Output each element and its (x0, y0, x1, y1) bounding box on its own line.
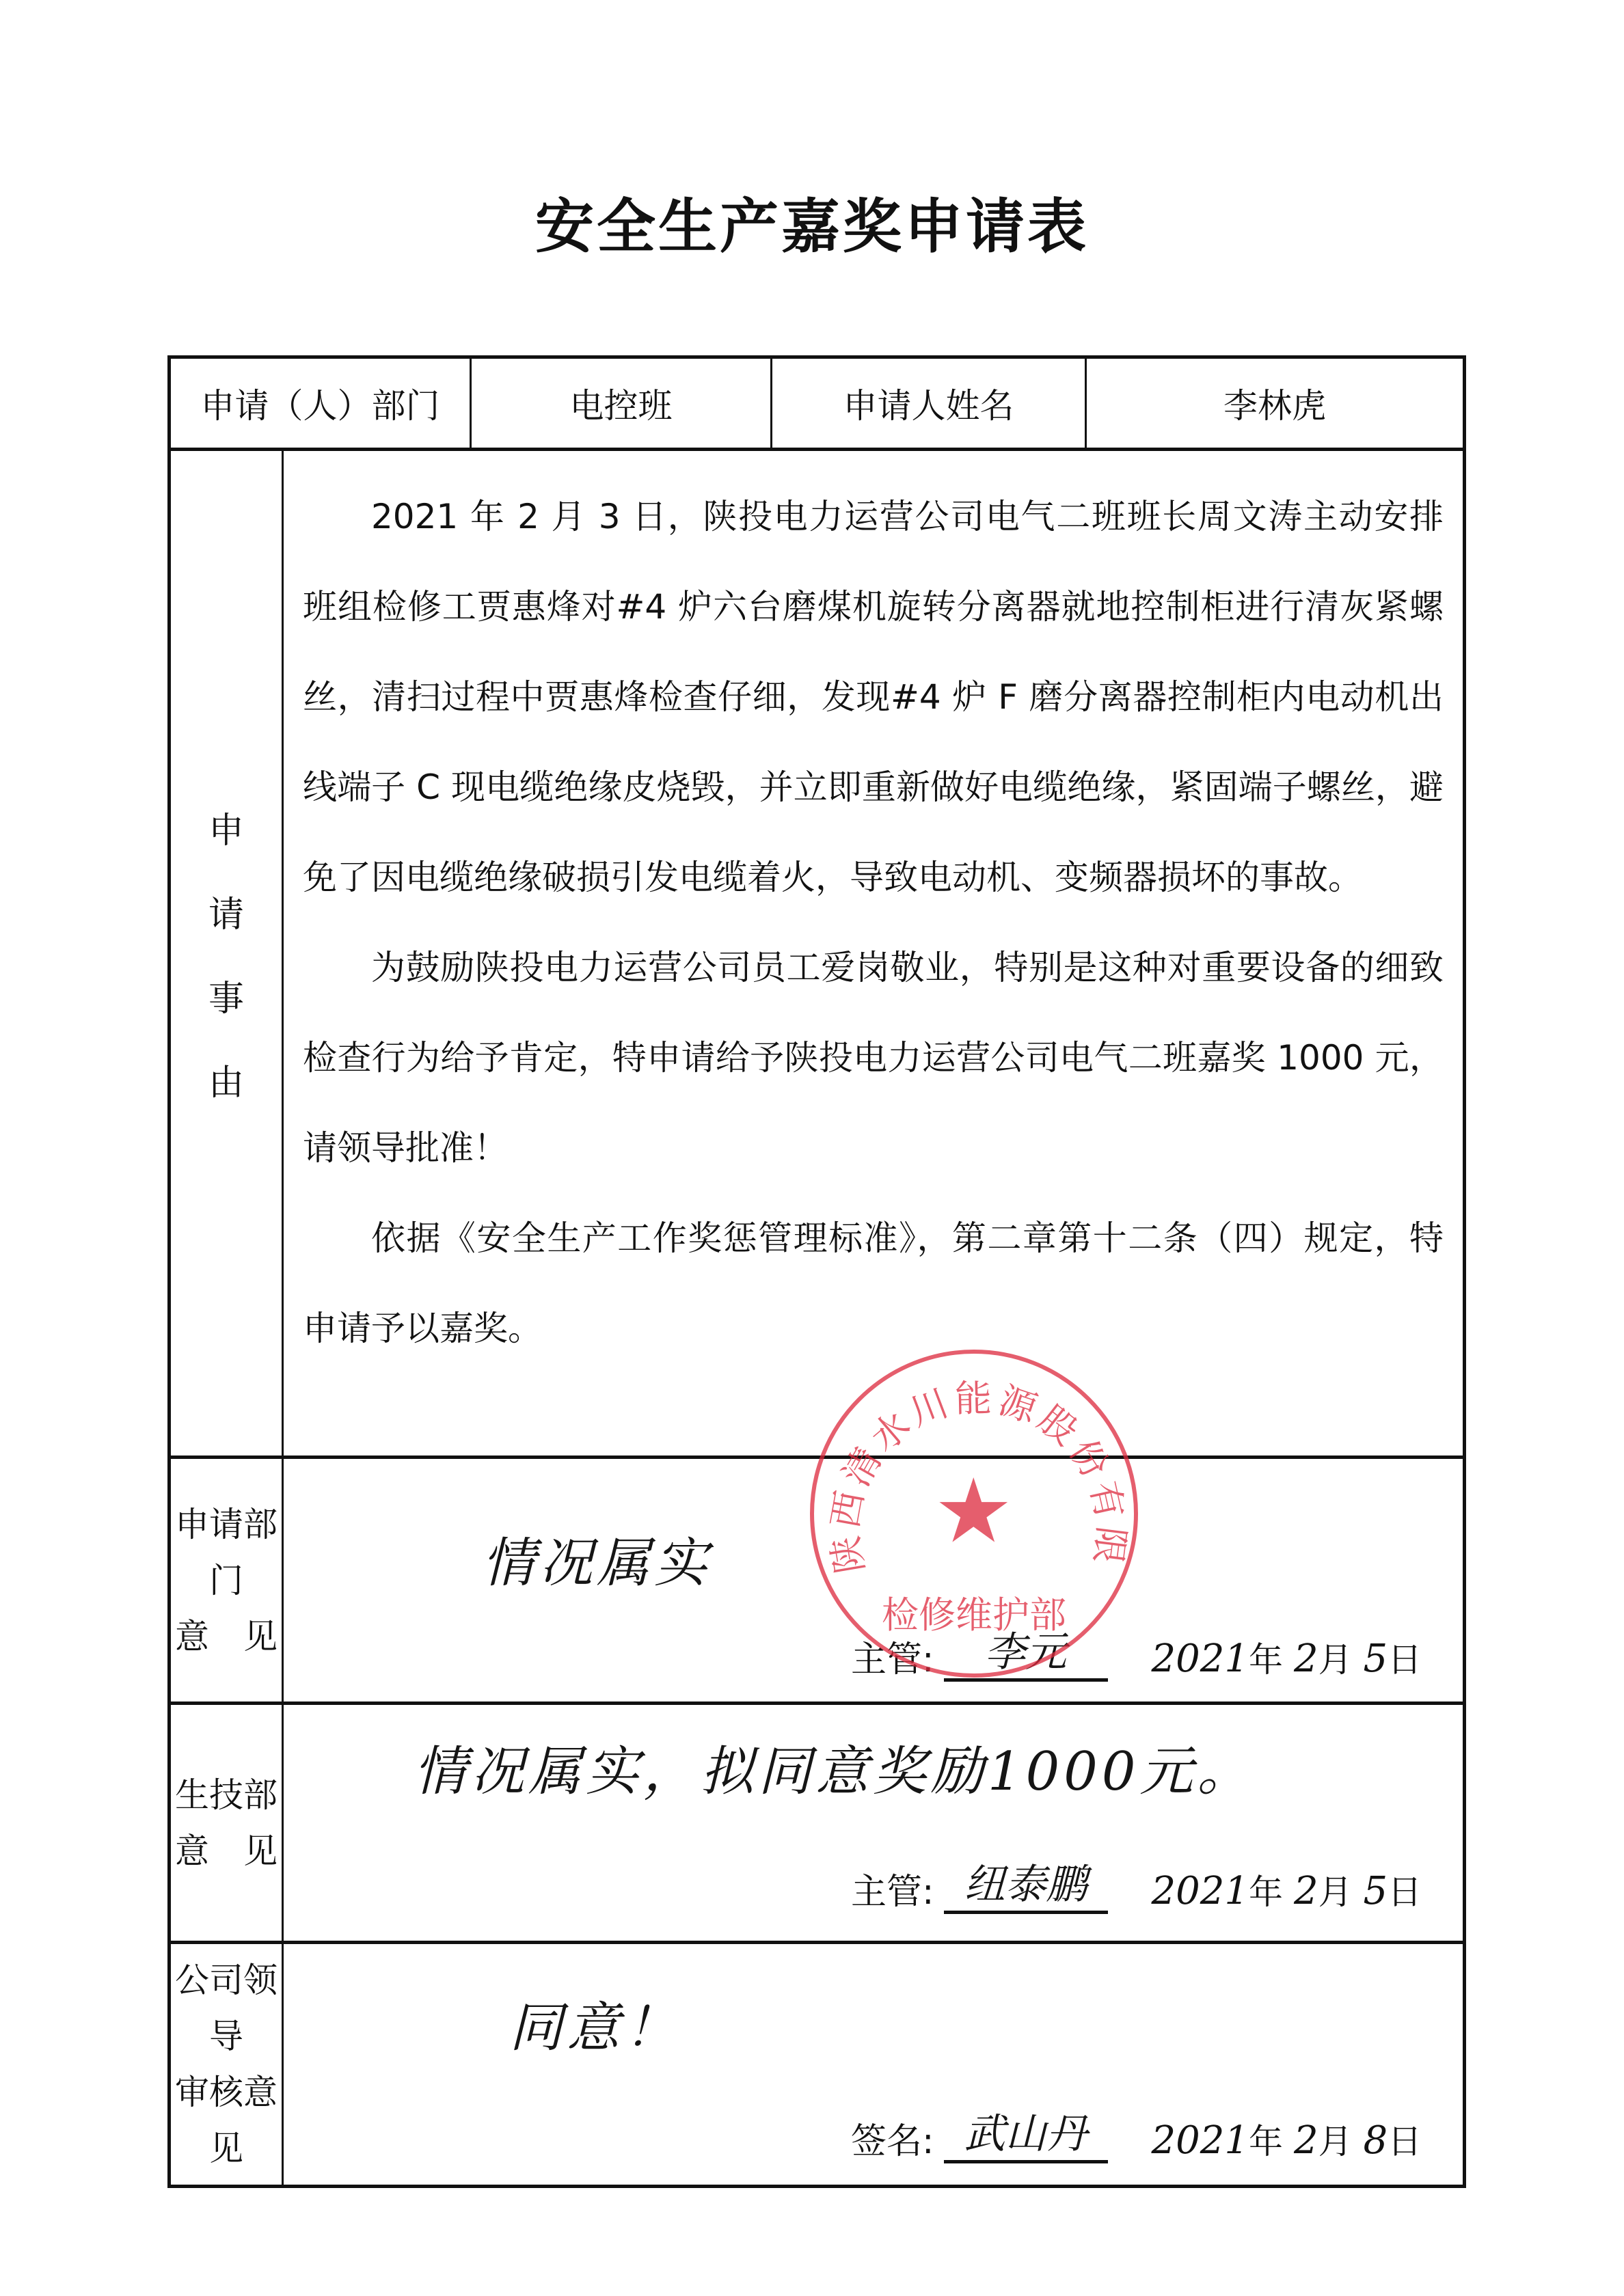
handwritten-opinion: 情况属实 (482, 1520, 712, 1597)
name-value: 李林虎 (1087, 359, 1463, 448)
applicant-row: 申请（人）部门 电控班 申请人姓名 李林虎 (171, 359, 1463, 451)
sign-date: 2021年 2月 5日 (1152, 1632, 1422, 1682)
signature-line: 签名: 武山丹 2021年 2月 8日 (851, 2101, 1422, 2163)
dept-value: 电控班 (472, 359, 772, 448)
dept-opinion-row: 申请部门 意 见 情况属实 主管: 李元 2021年 2月 5日 (171, 1459, 1463, 1705)
leader-opinion-body: 同意！ 签名: 武山丹 2021年 2月 8日 (284, 1944, 1463, 2185)
sign-date: 2021年 2月 8日 (1152, 2114, 1422, 2163)
reason-body: 2021 年 2 月 3 日，陕投电力运营公司电气二班班长周文涛主动安排班组检修… (284, 451, 1463, 1455)
reason-label-char: 由 (208, 1054, 244, 1105)
signature: 武山丹 (944, 2101, 1108, 2163)
reason-paragraph: 依据《安全生产工作奖惩管理标准》，第二章第十二条（四）规定，特申请予以嘉奖。 (303, 1193, 1444, 1373)
dept-opinion-body: 情况属实 主管: 李元 2021年 2月 5日 (284, 1459, 1463, 1701)
tech-opinion-label: 生技部 意 见 (171, 1705, 284, 1941)
signature-line: 主管: 纽泰鹏 2021年 2月 5日 (851, 1852, 1422, 1914)
sign-label: 主管: (851, 1863, 934, 1914)
dept-label: 申请（人）部门 (171, 359, 472, 448)
label-line: 申请部门 (171, 1496, 282, 1609)
reason-paragraph: 2021 年 2 月 3 日，陕投电力运营公司电气二班班长周文涛主动安排班组检修… (303, 471, 1444, 922)
sign-date: 2021年 2月 5日 (1152, 1865, 1422, 1914)
label-line: 生技部 (175, 1767, 278, 1823)
label-line: 意 见 (175, 1823, 278, 1879)
reason-row: 申 请 事 由 2021 年 2 月 3 日，陕投电力运营公司电气二班班长周文涛… (171, 451, 1463, 1459)
label-line: 公司领导 (171, 1952, 282, 2064)
tech-opinion-row: 生技部 意 见 情况属实，拟同意奖励1000元。 主管: 纽泰鹏 2021年 2… (171, 1705, 1463, 1944)
signature: 纽泰鹏 (944, 1852, 1108, 1914)
award-application-table: 申请（人）部门 电控班 申请人姓名 李林虎 申 请 事 由 2021 年 2 月… (167, 355, 1466, 2188)
leader-opinion-label: 公司领导 审核意见 (171, 1944, 284, 2185)
dept-opinion-label: 申请部门 意 见 (171, 1459, 284, 1701)
tech-opinion-body: 情况属实，拟同意奖励1000元。 主管: 纽泰鹏 2021年 2月 5日 (284, 1705, 1463, 1941)
handwritten-opinion: 同意！ (509, 1985, 681, 2062)
sign-label: 签名: (851, 2112, 934, 2163)
name-label: 申请人姓名 (772, 359, 1087, 448)
label-line: 意 见 (175, 1609, 278, 1665)
form-title: 安全生产嘉奖申请表 (0, 179, 1624, 264)
sign-label: 主管: (851, 1630, 934, 1682)
signature-line: 主管: 李元 2021年 2月 5日 (851, 1619, 1422, 1682)
reason-label-char: 事 (208, 970, 244, 1021)
reason-label-char: 申 (208, 802, 244, 853)
reason-label: 申 请 事 由 (171, 451, 284, 1455)
leader-opinion-row: 公司领导 审核意见 同意！ 签名: 武山丹 2021年 2月 8日 (171, 1944, 1463, 2185)
reason-paragraph: 为鼓励陕投电力运营公司员工爱岗敬业，特别是这种对重要设备的细致检查行为给予肯定，… (303, 922, 1444, 1193)
signature: 李元 (944, 1619, 1108, 1682)
label-line: 审核意见 (171, 2064, 282, 2176)
handwritten-opinion: 情况属实，拟同意奖励1000元。 (414, 1729, 1255, 1805)
reason-label-char: 请 (208, 886, 244, 937)
